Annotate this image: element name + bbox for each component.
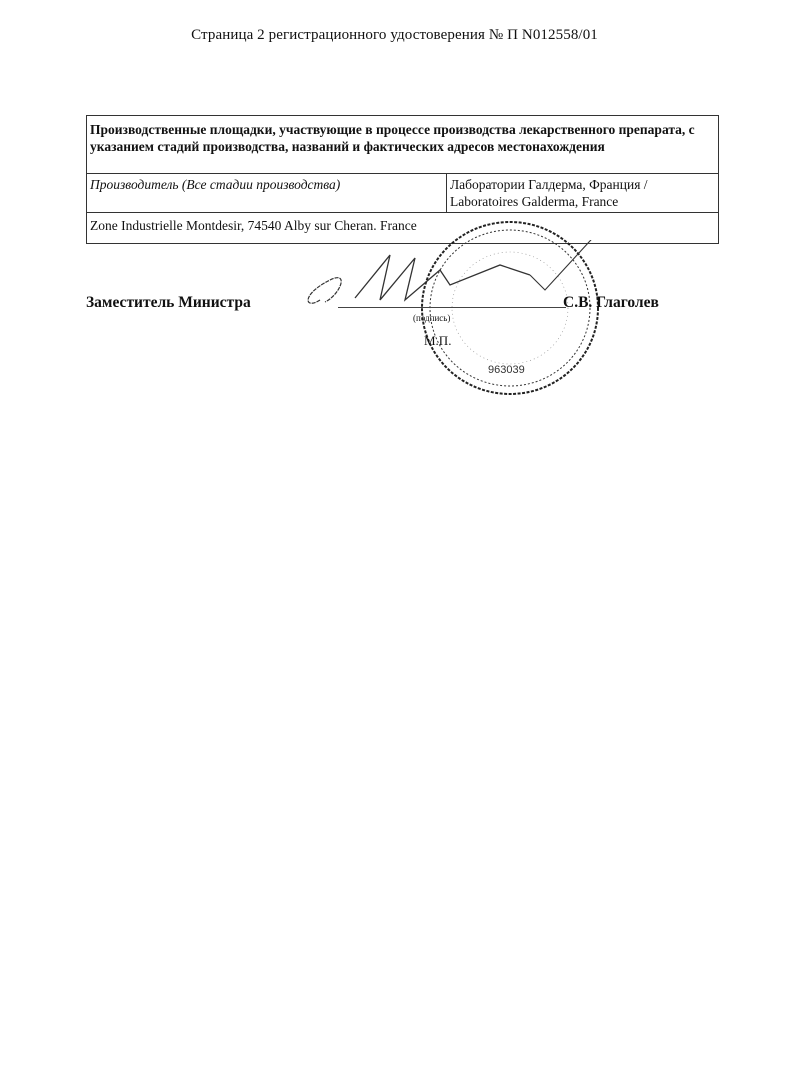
production-sites-table: Производственные площадки, участвующие в… <box>86 115 719 244</box>
table-row: Производитель (Все стадии производства) … <box>87 174 719 213</box>
manufacturer-role-cell: Производитель (Все стадии производства) <box>87 174 447 213</box>
address-cell: Zone Industrielle Montdesir, 74540 Alby … <box>87 213 719 244</box>
manufacturer-name-cell: Лаборатории Галдерма, Франция / Laborato… <box>447 174 719 213</box>
signatory-name: С.В. Глаголев <box>563 294 659 312</box>
seal-label: М.П. <box>424 333 451 349</box>
signature-caption: (подпись) <box>413 313 450 323</box>
company-name-ru: Лаборатории Галдерма, Франция / <box>450 176 715 193</box>
table-header-cell: Производственные площадки, участвующие в… <box>87 116 719 174</box>
table-header-row: Производственные площадки, участвующие в… <box>87 116 719 174</box>
page-header: Страница 2 регистрационного удостоверени… <box>0 27 789 44</box>
stamp-number: 963039 <box>488 364 525 376</box>
signature-block: Заместитель Министра (подпись) С.В. Глаг… <box>86 294 719 314</box>
company-name-en: Laboratoires Galderma, France <box>450 193 715 210</box>
table-row: Zone Industrielle Montdesir, 74540 Alby … <box>87 213 719 244</box>
signatory-title: Заместитель Министра <box>86 294 251 312</box>
signature-line <box>338 307 566 308</box>
